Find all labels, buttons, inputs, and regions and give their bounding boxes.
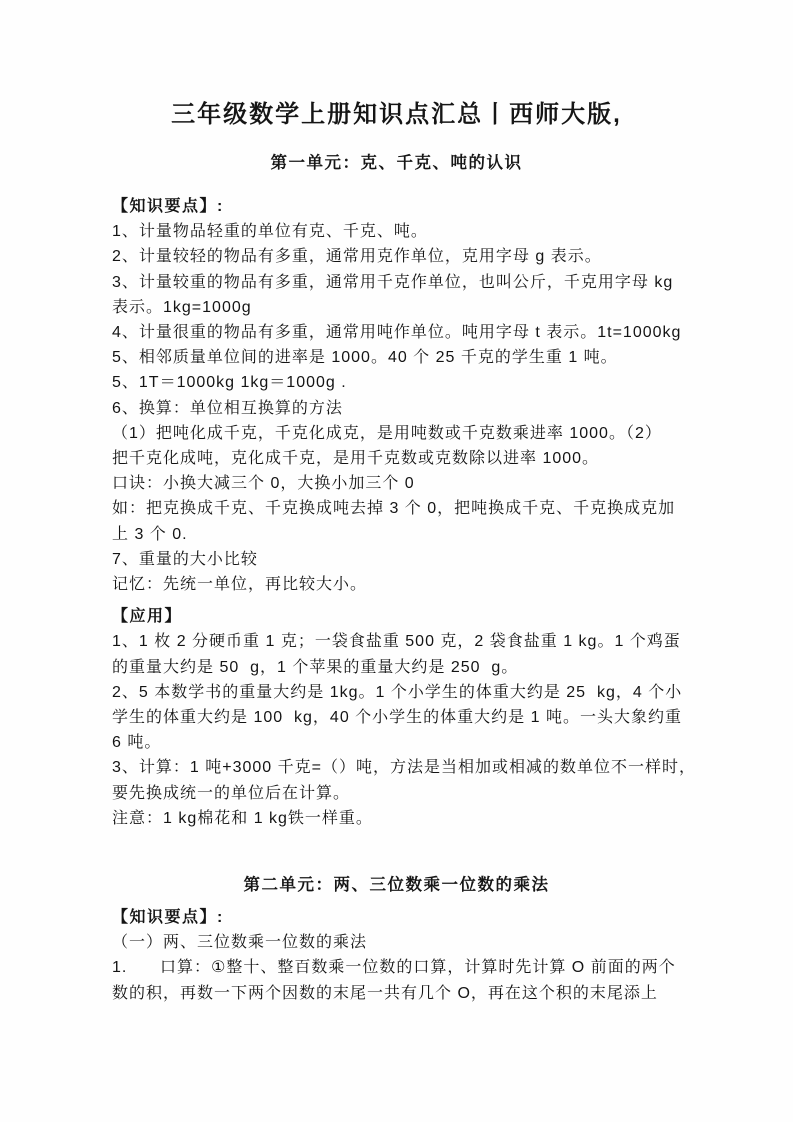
text-line: 6 吨。 bbox=[112, 730, 697, 755]
text-line: 2、计量较轻的物品有多重，通常用克作单位，克用字母 g 表示。 bbox=[112, 244, 697, 269]
text-line: 5、1T＝1000kg 1kg＝1000g . bbox=[112, 370, 697, 395]
text-line: （1）把吨化成千克，千克化成克，是用吨数或千克数乘进率 1000。（2） bbox=[112, 421, 697, 446]
text-line: 6、换算：单位相互换算的方法 bbox=[112, 396, 697, 421]
text-line: 3、计算：1 吨+3000 千克=（）吨，方法是当相加或相减的数单位不一样时， bbox=[112, 755, 697, 780]
text-line: （一）两、三位数乘一位数的乘法 bbox=[112, 930, 697, 955]
text-line: 2、5 本数学书的重量大约是 1kg。1 个小学生的体重大约是 25 kg，4 … bbox=[112, 680, 697, 705]
text-line: 数的积，再数一下两个因数的末尾一共有几个 O，再在这个积的末尾添上 bbox=[112, 981, 697, 1006]
knowledge-points-label: 【知识要点】: bbox=[112, 194, 697, 219]
text-line: 4、计量很重的物品有多重，通常用吨作单位。吨用字母 t 表示。1t=1000kg bbox=[112, 320, 697, 345]
text-line: 要先换成统一的单位后在计算。 bbox=[112, 781, 697, 806]
unit1-body: 【知识要点】: 1、计量物品轻重的单位有克、千克、吨。 2、计量较轻的物品有多重… bbox=[112, 194, 697, 831]
unit1-heading: 第一单元：克、千克、吨的认识 bbox=[0, 149, 793, 173]
text-line: 表示。1kg=1000g bbox=[112, 295, 697, 320]
unit2-body: 【知识要点】: （一）两、三位数乘一位数的乘法 1. 口算：①整十、整百数乘一位… bbox=[112, 905, 697, 1006]
text-line: 1、1 枚 2 分硬币重 1 克；一袋食盐重 500 克，2 袋食盐重 1 kg… bbox=[112, 629, 697, 654]
text-line: 如：把克换成千克、千克换成吨去掉 3 个 0，把吨换成千克、千克换成克加 bbox=[112, 496, 697, 521]
text-line: 学生的体重大约是 100 kg，40 个小学生的体重大约是 1 吨。一头大象约重 bbox=[112, 705, 697, 730]
text-line: 1、计量物品轻重的单位有克、千克、吨。 bbox=[112, 219, 697, 244]
text-line: 5、相邻质量单位间的进率是 1000。40 个 25 千克的学生重 1 吨。 bbox=[112, 345, 697, 370]
text-line: 3、计量较重的物品有多重，通常用千克作单位，也叫公斤，千克用字母 kg bbox=[112, 270, 697, 295]
text-line: 把千克化成吨，克化成千克，是用千克数或克数除以进率 1000。 bbox=[112, 446, 697, 471]
text-line: 1. 口算：①整十、整百数乘一位数的口算，计算时先计算 O 前面的两个 bbox=[112, 955, 697, 980]
document-page: 三年级数学上册知识点汇总丨西师大版, 第一单元：克、千克、吨的认识 【知识要点】… bbox=[0, 0, 793, 1122]
text-line: 7、重量的大小比较 bbox=[112, 547, 697, 572]
text-line: 的重量大约是 50 g，1 个苹果的重量大约是 250 g。 bbox=[112, 655, 697, 680]
unit2-heading: 第二单元：两、三位数乘一位数的乘法 bbox=[0, 871, 793, 895]
knowledge-points-label: 【知识要点】: bbox=[112, 905, 697, 930]
text-line: 口诀：小换大减三个 0，大换小加三个 0 bbox=[112, 471, 697, 496]
text-line: 注意：1 kg棉花和 1 kg铁一样重。 bbox=[112, 806, 697, 831]
document-title: 三年级数学上册知识点汇总丨西师大版, bbox=[0, 94, 793, 129]
text-line: 记忆：先统一单位，再比较大小。 bbox=[112, 572, 697, 597]
application-label: 【应用】 bbox=[112, 604, 697, 629]
text-line: 上 3 个 0. bbox=[112, 522, 697, 547]
